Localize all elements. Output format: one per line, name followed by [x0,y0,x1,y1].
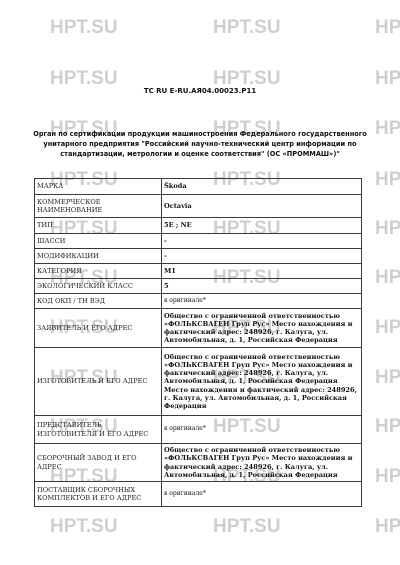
row-label: КАТЕГОРИЯ [35,264,162,279]
row-label: МОДИФИКАЦИИ [35,249,162,264]
row-label: ПРЕДСТАВИТЕЛЬ ИЗГОТОВИТЕЛЯ И ЕГО АДРЕС [35,416,162,444]
table-row: ПОСТАВЩИК СБОРОЧНЫХ КОМПЛЕКТОВ И ЕГО АДР… [35,482,362,507]
vehicle-spec-table: МАРКА Škoda КОММЕРЧЕСКОЕ НАИМЕНОВАНИЕ Oc… [34,178,362,507]
row-label: КОММЕРЧЕСКОЕ НАИМЕНОВАНИЕ [35,195,162,218]
row-value: - [162,234,362,249]
row-value: в оригинале* [162,482,362,507]
row-label: ИЗГОТОВИТЕЛЬ И ЕГО АДРЕС [35,348,162,416]
issuer-heading: Орган по сертификации продукции машиност… [30,129,370,159]
table-row: СБОРОЧНЫЙ ЗАВОД И ЕГО АДРЕС Общество с о… [35,444,362,482]
row-value: Общество с ограниченной ответственностью… [162,348,362,416]
table-row: КОД ОКП / ТН ВЭД в оригинале* [35,294,362,309]
table-row: ТИП 5E ; NE [35,218,362,234]
table-row: КАТЕГОРИЯ M1 [35,264,362,279]
row-value: Škoda [162,179,362,195]
document-page: ТС RU E-RU.АЯ04.00023.Р11 Орган по серти… [0,0,400,565]
row-value: M1 [162,264,362,279]
table-row: ИЗГОТОВИТЕЛЬ И ЕГО АДРЕС Общество с огра… [35,348,362,416]
row-value: 5 [162,279,362,294]
table-row: ПРЕДСТАВИТЕЛЬ ИЗГОТОВИТЕЛЯ И ЕГО АДРЕС в… [35,416,362,444]
table-row: ЭКОЛОГИЧЕСКИЙ КЛАСС 5 [35,279,362,294]
row-label: ЗАЯВИТЕЛЬ И ЕГО АДРЕС [35,309,162,348]
row-value: - [162,249,362,264]
row-label: КОД ОКП / ТН ВЭД [35,294,162,309]
table-row: МОДИФИКАЦИИ - [35,249,362,264]
certificate-number: ТС RU E-RU.АЯ04.00023.Р11 [0,87,400,95]
row-value: Общество с ограниченной ответственностью… [162,444,362,482]
table-row: КОММЕРЧЕСКОЕ НАИМЕНОВАНИЕ Octavia [35,195,362,218]
row-label: ШАССИ [35,234,162,249]
table-row: ШАССИ - [35,234,362,249]
table-row: МАРКА Škoda [35,179,362,195]
row-label: МАРКА [35,179,162,195]
row-value: 5E ; NE [162,218,362,234]
row-value: в оригинале* [162,416,362,444]
row-value: Octavia [162,195,362,218]
row-value: Общество с ограниченной ответственностью… [162,309,362,348]
row-label: ЭКОЛОГИЧЕСКИЙ КЛАСС [35,279,162,294]
row-value: в оригинале* [162,294,362,309]
table-row: ЗАЯВИТЕЛЬ И ЕГО АДРЕС Общество с огранич… [35,309,362,348]
row-label: СБОРОЧНЫЙ ЗАВОД И ЕГО АДРЕС [35,444,162,482]
row-label: ПОСТАВЩИК СБОРОЧНЫХ КОМПЛЕКТОВ И ЕГО АДР… [35,482,162,507]
row-label: ТИП [35,218,162,234]
